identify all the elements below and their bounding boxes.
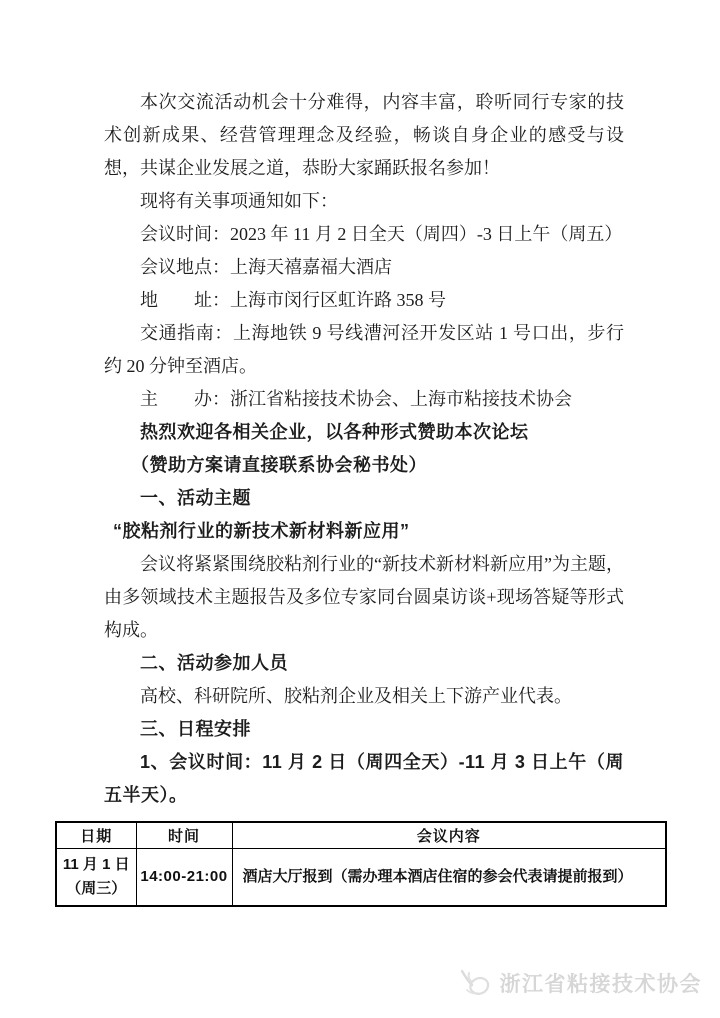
schedule-column-header: 时间 <box>136 822 232 848</box>
heading-paragraph: （赞助方案请直接联系协会秘书处） <box>104 449 624 482</box>
schedule-content-cell: 酒店大厅报到（需办理本酒店住宿的参会代表请提前报到） <box>232 848 666 906</box>
body-paragraph: 交通指南：上海地铁 9 号线漕河泾开发区站 1 号口出，步行约 20 分钟至酒店… <box>104 317 624 383</box>
body-paragraph: 现将有关事项通知如下： <box>104 185 624 218</box>
schedule-time-cell: 14:00-21:00 <box>136 848 232 906</box>
heading-paragraph: “胶粘剂行业的新技术新材料新应用” <box>104 515 624 548</box>
heading-paragraph: 1、会议时间：11 月 2 日（周四全天）-11 月 3 日上午（周五半天）。 <box>104 746 624 812</box>
schedule-table: 日期时间会议内容 11 月 1 日（周三）14:00-21:00酒店大厅报到（需… <box>55 821 667 907</box>
footer-brand-text: 浙江省粘接技术协会 <box>500 968 703 998</box>
body-paragraph: 本次交流活动机会十分难得，内容丰富，聆听同行专家的技术创新成果、经营管理理念及经… <box>104 86 624 185</box>
schedule-date-cell: 11 月 1 日（周三） <box>56 848 136 906</box>
schedule-column-header: 日期 <box>56 822 136 848</box>
body-paragraph: 会议地点：上海天禧嘉福大酒店 <box>104 251 624 284</box>
table-row: 11 月 1 日（周三）14:00-21:00酒店大厅报到（需办理本酒店住宿的参… <box>56 848 666 906</box>
body-paragraph: 会议将紧紧围绕胶粘剂行业的“新技术新材料新应用”为主题，由多领域技术主题报告及多… <box>104 548 624 647</box>
association-logo-icon <box>459 966 493 1000</box>
heading-paragraph: 二、活动参加人员 <box>104 647 624 680</box>
body-paragraph: 地 址：上海市闵行区虹许路 358 号 <box>104 284 624 317</box>
body-paragraph: 会议时间：2023 年 11 月 2 日全天（周四）-3 日上午（周五） <box>104 218 624 251</box>
document-page: 本次交流活动机会十分难得，内容丰富，聆听同行专家的技术创新成果、经营管理理念及经… <box>0 0 720 1018</box>
heading-paragraph: 一、活动主题 <box>104 482 624 515</box>
heading-paragraph: 三、日程安排 <box>104 713 624 746</box>
schedule-table-header-row: 日期时间会议内容 <box>56 822 666 848</box>
heading-paragraph: 热烈欢迎各相关企业，以各种形式赞助本次论坛 <box>104 416 624 449</box>
schedule-table-body: 11 月 1 日（周三）14:00-21:00酒店大厅报到（需办理本酒店住宿的参… <box>56 848 666 906</box>
footer-watermark: 浙江省粘接技术协会 <box>459 963 703 1003</box>
schedule-column-header: 会议内容 <box>232 822 666 848</box>
body-paragraph: 高校、科研院所、胶粘剂企业及相关上下游产业代表。 <box>104 680 624 713</box>
body-paragraph: 主 办：浙江省粘接技术协会、上海市粘接技术协会 <box>104 383 624 416</box>
document-body: 本次交流活动机会十分难得，内容丰富，聆听同行专家的技术创新成果、经营管理理念及经… <box>104 86 624 812</box>
